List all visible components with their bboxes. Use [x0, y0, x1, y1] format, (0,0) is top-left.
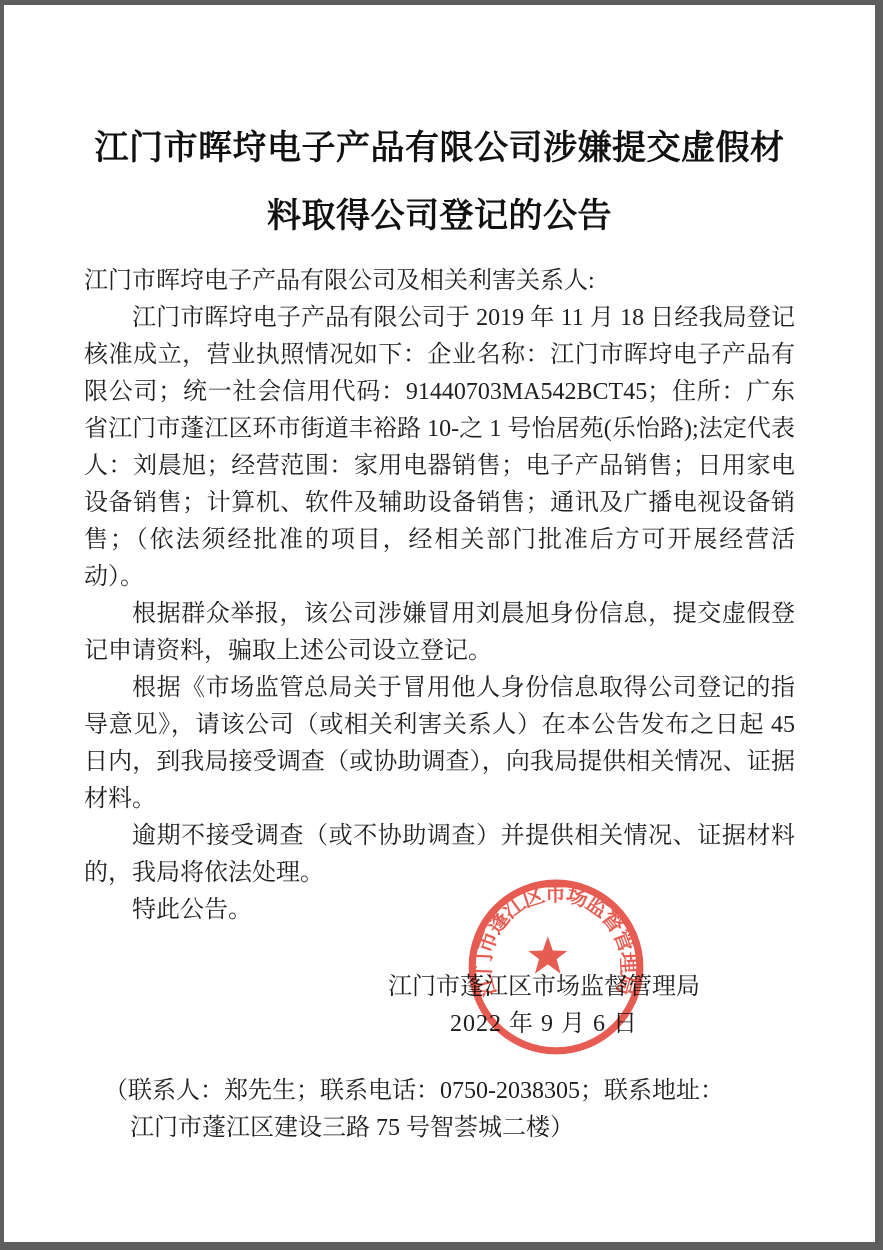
signature-block: 江门市蓬江区市场监督管理局 2022 年 9 月 6 日 [388, 969, 700, 1043]
issuing-agency: 江门市蓬江区市场监督管理局 [388, 969, 700, 1006]
scanned-notice-page: { "colors": { "seal_red": "#e2382c", "te… [0, 0, 883, 1250]
issue-date: 2022 年 9 月 6 日 [388, 1006, 700, 1043]
contact-line2: 江门市蓬江区建设三路 75 号智荟城二楼） [104, 1110, 755, 1147]
contact-line1: （联系人：郑先生；联系电话：0750-2038305；联系地址： [104, 1073, 755, 1110]
document-sheet: 江门市晖垨电子产品有限公司涉嫌提交虚假材 料取得公司登记的公告 江门市晖垨电子产… [4, 5, 875, 1242]
paragraph-overdue: 逾期不接受调查（或不协助调查）并提供相关情况、证据材料的，我局将依法处理。 [84, 818, 795, 892]
notice-title-line1: 江门市晖垨电子产品有限公司涉嫌提交虚假材 [84, 115, 795, 183]
notice-title: 江门市晖垨电子产品有限公司涉嫌提交虚假材 料取得公司登记的公告 [84, 5, 795, 251]
paragraph-hereby: 特此公告。 [84, 892, 795, 929]
contact-block: （联系人：郑先生；联系电话：0750-2038305；联系地址： 江门市蓬江区建… [84, 1073, 795, 1147]
notice-title-line2: 料取得公司登记的公告 [84, 183, 795, 251]
paragraph-guidance: 根据《市场监管总局关于冒用他人身份信息取得公司登记的指导意见》，请该公司（或相关… [84, 670, 795, 818]
paragraph-report: 根据群众举报，该公司涉嫌冒用刘晨旭身份信息，提交虚假登记申请资料，骗取上述公司设… [84, 596, 795, 670]
notice-document: 江门市晖垨电子产品有限公司涉嫌提交虚假材 料取得公司登记的公告 江门市晖垨电子产… [4, 5, 875, 1242]
paragraph-registration-info: 江门市晖垨电子产品有限公司于 2019 年 11 月 18 日经我局登记核准成立… [84, 300, 795, 596]
notice-body: 江门市晖垨电子产品有限公司及相关利害关系人: 江门市晖垨电子产品有限公司于 20… [84, 263, 795, 929]
salutation: 江门市晖垨电子产品有限公司及相关利害关系人: [84, 263, 795, 300]
